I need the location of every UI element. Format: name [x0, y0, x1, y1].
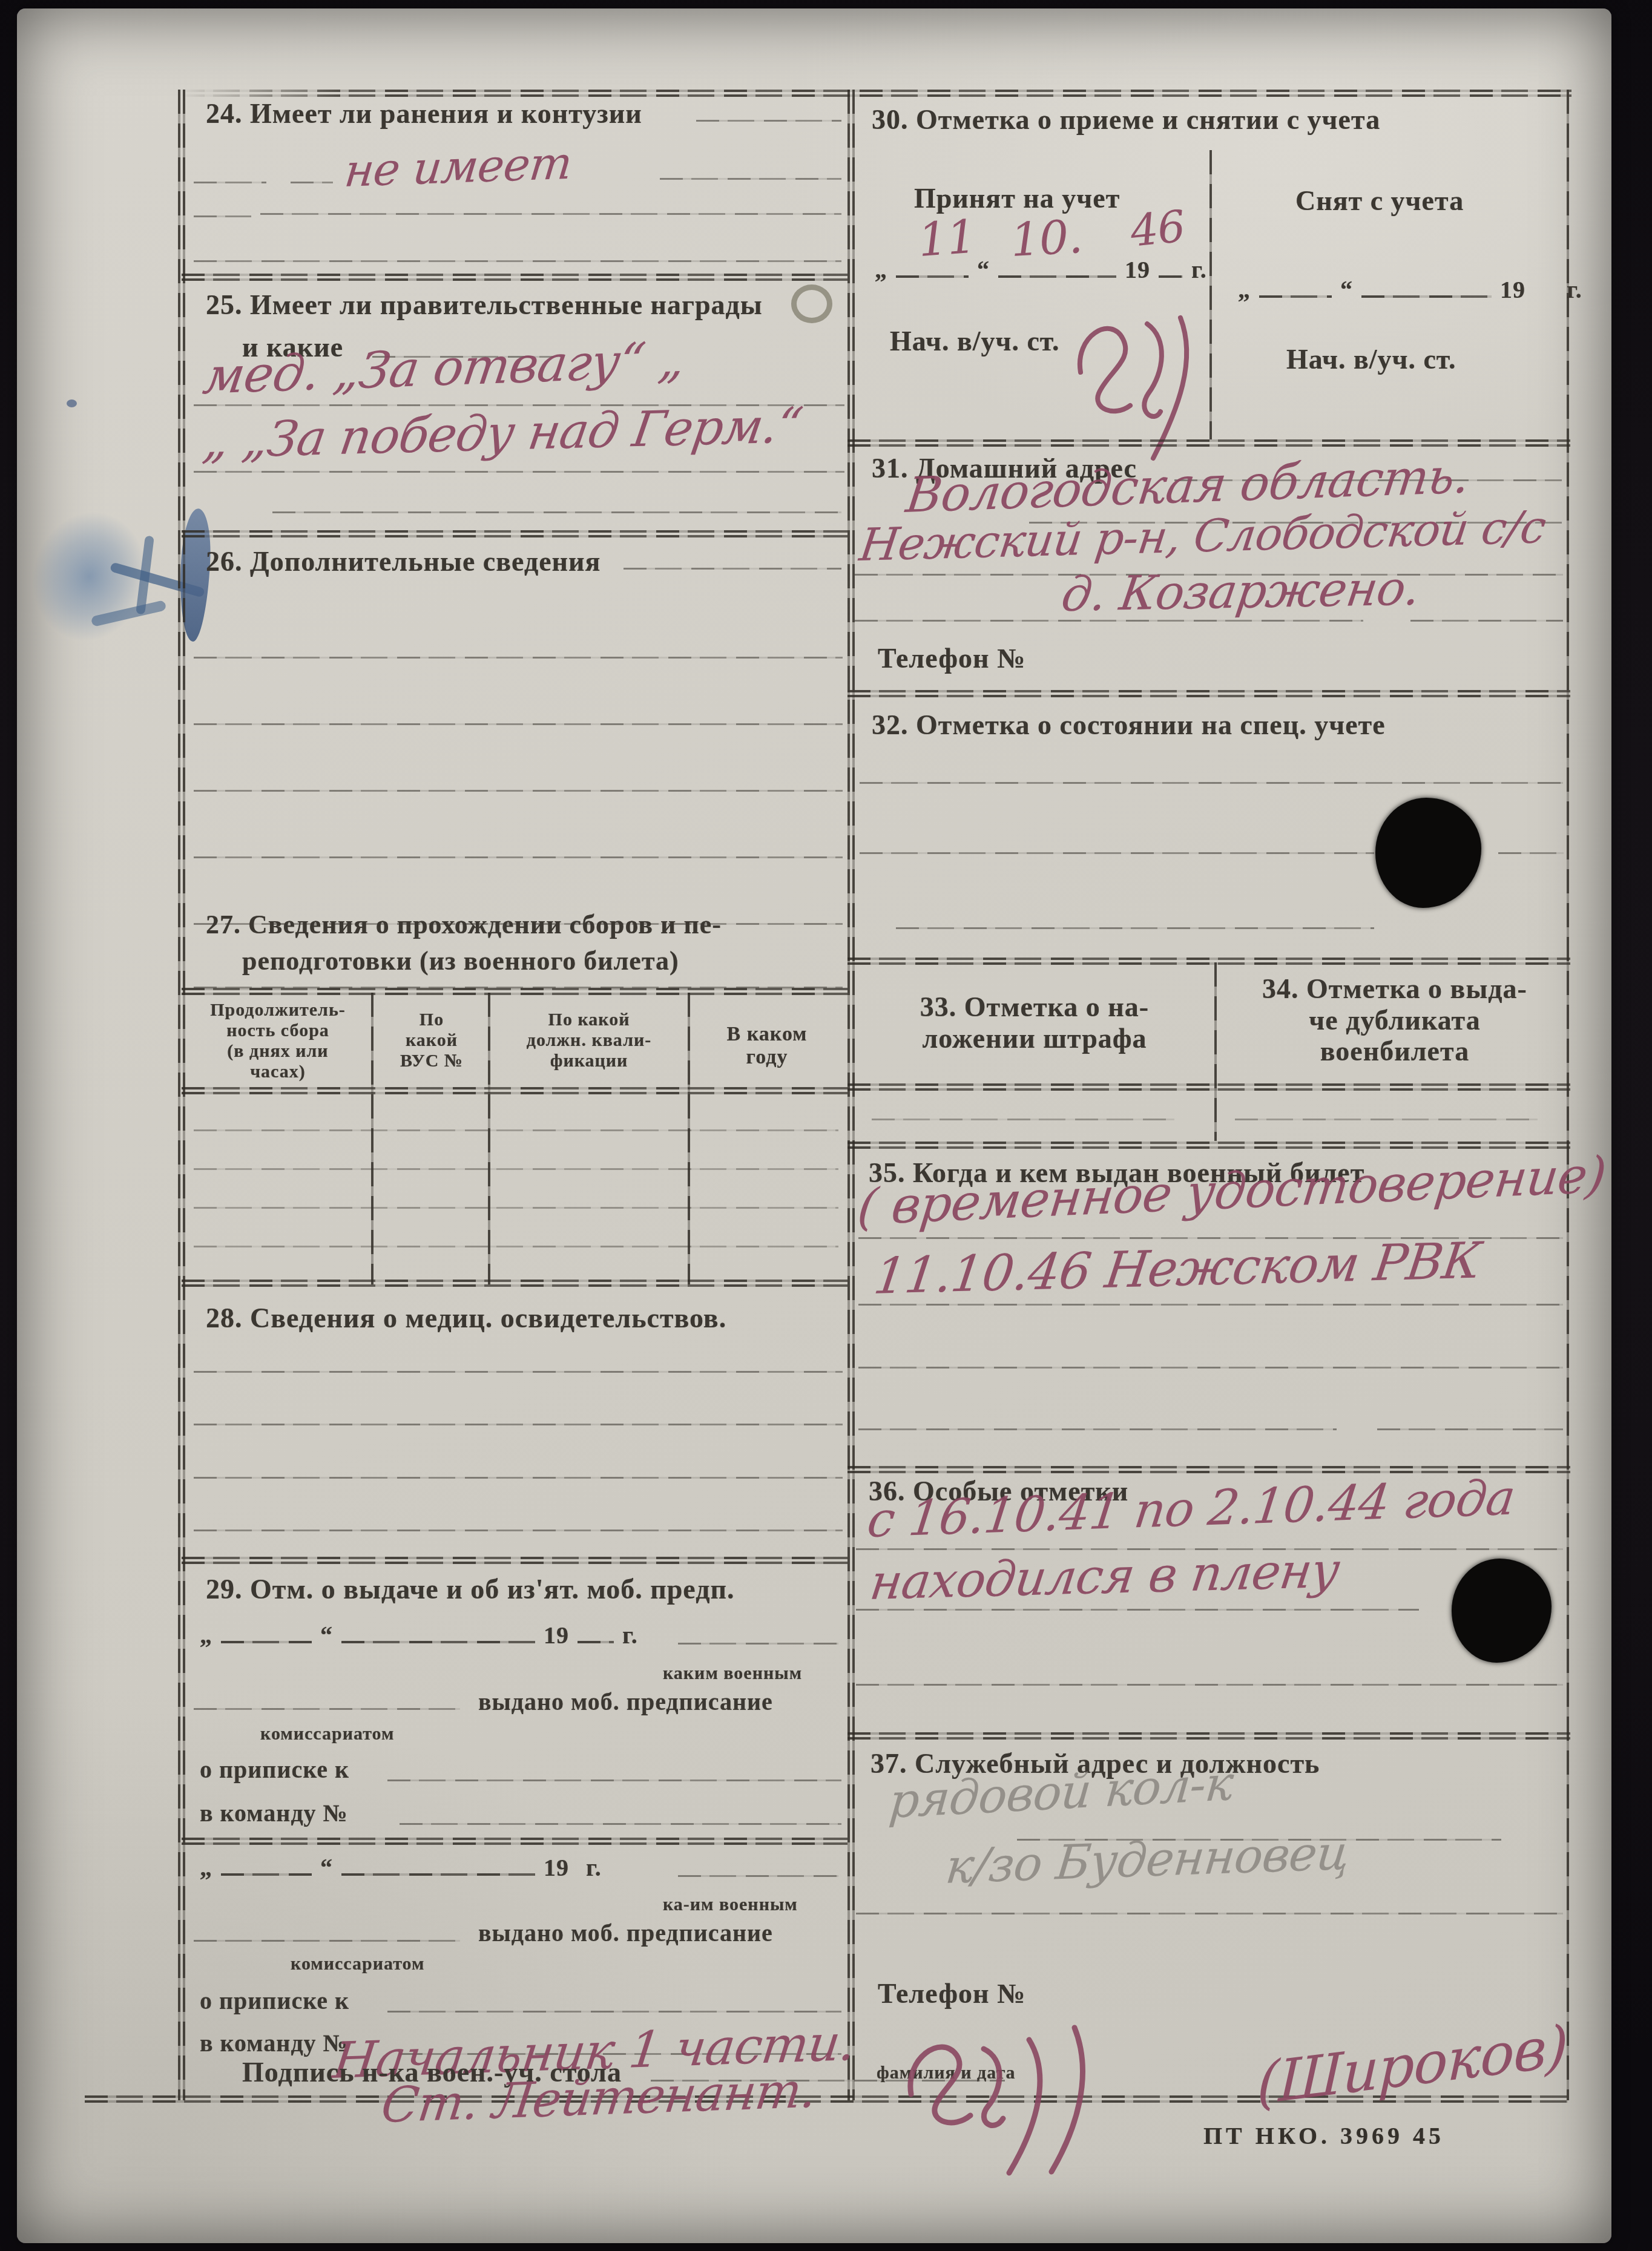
separator — [847, 690, 1570, 697]
commissariat-label: комиссариатом — [260, 1724, 394, 1744]
rule — [387, 2011, 841, 2013]
year-19: 19 — [1125, 255, 1150, 284]
rule — [194, 215, 251, 217]
section-27-title-line1: 27. Сведения о прохождении сборов и пе- — [206, 909, 722, 940]
separator — [182, 1838, 847, 1845]
rule — [660, 178, 841, 180]
open-quote: „ — [200, 1853, 212, 1882]
table-column-line — [488, 993, 490, 1284]
table-row-rule — [194, 1168, 838, 1170]
rule — [856, 1609, 1419, 1611]
table-header-qualification: По какой должн. квали- фикации — [493, 1010, 685, 1071]
rule — [678, 1643, 838, 1645]
rule — [194, 657, 843, 659]
separator — [182, 530, 847, 537]
year-g: г. — [622, 1621, 638, 1649]
blue-ink-dot — [67, 399, 77, 407]
rule — [194, 1708, 460, 1710]
blank-line — [578, 1641, 614, 1643]
rule — [272, 511, 841, 513]
blank-line — [998, 275, 1116, 278]
team-number-label: в команду № — [200, 1799, 348, 1827]
commissariat-label-2: комиссариатом — [291, 1954, 424, 1974]
rule — [872, 1119, 1174, 1120]
rule — [194, 1940, 460, 1942]
issued-mob-label: выдано моб. предписание — [478, 1687, 773, 1716]
section-29-title: 29. Отм. о выдаче и об из'ят. моб. предп… — [206, 1574, 734, 1605]
rule — [1410, 620, 1563, 622]
chief-vuch-label-2: Нач. в/уч. ст. — [1286, 344, 1456, 375]
team-number-label-2: в команду № — [200, 2029, 348, 2057]
rule — [860, 852, 1374, 854]
year-g: г. — [586, 1853, 602, 1882]
form-divider-middle — [847, 90, 855, 2100]
accept-date-row: „ “ 19 г. — [875, 255, 1207, 284]
blank-line — [221, 1873, 312, 1876]
issued-mob-label-2: выдано моб. предписание — [478, 1919, 773, 1947]
rule — [855, 620, 1363, 622]
rule — [194, 790, 843, 792]
separator — [847, 439, 1570, 447]
table-header-duration: Продолжитель- ность сбора (в днях или ча… — [188, 1000, 368, 1082]
open-quote: „ — [1238, 275, 1251, 304]
blank-line — [1159, 275, 1183, 278]
rule — [896, 927, 1374, 929]
separator — [182, 274, 847, 281]
year-19: 19 — [1500, 275, 1525, 304]
table-header-year: В каком году — [691, 1023, 843, 1069]
rule — [860, 782, 1563, 784]
rule — [194, 856, 843, 858]
table-header-vus: По какой ВУС № — [377, 1010, 487, 1071]
rule — [1498, 852, 1564, 854]
close-quote: “ — [320, 1853, 333, 1882]
section-33-34-divider — [1214, 962, 1217, 1141]
table-row-rule — [194, 1129, 838, 1131]
section-28-title: 28. Сведения о медиц. освидетельствов. — [206, 1303, 726, 1334]
rule — [858, 1428, 1337, 1430]
rule — [678, 1875, 838, 1877]
section-34-title: 34. Отметка о выда- че дубликата военбил… — [1222, 973, 1568, 1067]
by-whom-label-2: ка-им военным — [663, 1894, 798, 1915]
table-row-rule — [194, 1246, 838, 1247]
chief-vuch-label: Нач. в/уч. ст. — [890, 326, 1060, 357]
section-26-title: 26. Дополнительные сведения — [206, 546, 601, 577]
section-30-title: 30. Отметка о приеме и снятии с учета — [872, 104, 1380, 136]
signature-flourish-footer — [893, 1991, 1129, 2179]
handwritten-address-3: д. Козаржено. — [1058, 561, 1423, 622]
print-code: ПТ НКО. 3969 45 — [1203, 2121, 1444, 2150]
rule — [400, 1823, 841, 1825]
rule — [856, 1913, 1563, 1914]
separator — [847, 1732, 1570, 1740]
form-border-top — [182, 90, 1571, 97]
separator — [847, 1142, 1570, 1149]
table-header-underline — [182, 1087, 847, 1094]
separator — [182, 1557, 847, 1564]
scanned-military-registration-card: 24. Имеет ли ранения и контузии не имеет… — [0, 0, 1652, 2251]
open-quote: „ — [200, 1621, 212, 1649]
blank-line — [221, 1641, 312, 1643]
form-border-right — [1567, 90, 1569, 2100]
rule — [1377, 1428, 1563, 1430]
form-border-left — [178, 90, 185, 2100]
table-column-line — [688, 993, 690, 1284]
year-g: г. — [1191, 255, 1207, 284]
close-quote: “ — [977, 255, 990, 284]
rule — [194, 1371, 843, 1373]
table-top-border — [182, 988, 847, 995]
table-column-line — [371, 993, 374, 1284]
phone-label: Телефон № — [878, 643, 1025, 674]
rule — [858, 1367, 1563, 1369]
close-quote: “ — [1340, 275, 1353, 304]
stamp-ring — [791, 284, 832, 323]
rule — [1235, 1119, 1538, 1120]
blank-line — [1361, 295, 1492, 298]
handwritten-accept-year: 46 — [1128, 200, 1187, 257]
section-24-title: 24. Имеет ли ранения и контузии — [206, 98, 642, 130]
signature-flourish — [1056, 281, 1220, 463]
section-33-title: 33. Отметка о на- ложении штрафа — [860, 991, 1209, 1054]
rule — [856, 1684, 1563, 1686]
section-25-title: 25. Имеет ли правительственные награды — [206, 289, 763, 321]
rule — [194, 260, 841, 262]
rule — [624, 568, 841, 570]
accepted-label: Принят на учет — [914, 183, 1120, 214]
separator — [847, 958, 1570, 965]
attached-to-label-2: о приписке к — [200, 1986, 349, 2015]
table-bottom-border — [182, 1280, 847, 1287]
blank-line — [896, 275, 969, 278]
rule — [194, 1424, 843, 1425]
rule — [194, 1477, 843, 1479]
blank-line — [1259, 295, 1332, 298]
section-27-title-line2: реподготовки (из военного билета) — [242, 945, 679, 976]
section-32-title: 32. Отметка о состоянии на спец. учете — [872, 709, 1386, 741]
blank-line — [341, 1873, 535, 1876]
rule — [260, 213, 841, 215]
separator — [847, 1083, 1570, 1091]
rule — [194, 182, 266, 183]
open-quote: „ — [875, 255, 887, 284]
rule — [291, 182, 333, 183]
year-19: 19 — [544, 1853, 569, 1882]
attached-to-label: о приписке к — [200, 1755, 349, 1784]
year-19: 19 — [544, 1621, 569, 1649]
blank-line — [341, 1641, 535, 1643]
rule — [194, 471, 844, 473]
handwritten-wounds-answer: не имеет — [342, 137, 574, 197]
rule — [858, 1304, 1563, 1306]
mob-date-row-2: „ “ 19 г. — [200, 1853, 602, 1882]
rule — [194, 723, 843, 725]
removed-date-row: „ “ 19 г. — [1238, 275, 1582, 304]
rule — [194, 1530, 843, 1531]
rule — [387, 1779, 841, 1781]
by-whom-label: каким военным — [663, 1663, 802, 1684]
table-row-rule — [194, 1207, 838, 1209]
rule — [696, 120, 841, 122]
removed-label: Снят с учета — [1295, 185, 1464, 217]
mob-date-row-1: „ “ 19 г. — [200, 1621, 638, 1649]
close-quote: “ — [320, 1621, 333, 1649]
year-g: г. — [1567, 275, 1582, 304]
